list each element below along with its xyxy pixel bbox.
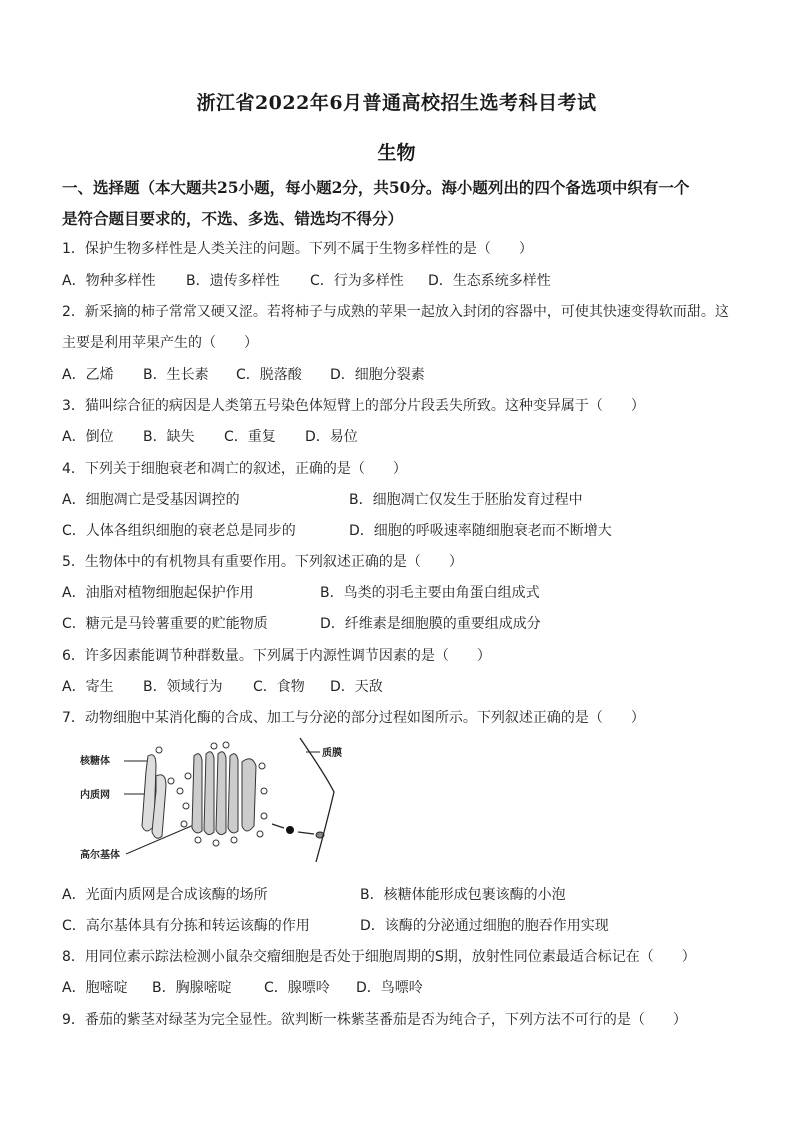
golgi-secretion-diagram: 核糖体 内质网 高尔基体 质膜 <box>76 736 366 864</box>
q2-option-b: B．生长素 <box>143 364 209 384</box>
q2-option-a: A．乙烯 <box>62 364 114 384</box>
section-heading-line-1: 一、选择题（本大题共25小题，每小题2分，共50分。海小题列出的四个备选项中织有… <box>62 172 742 203</box>
q5-option-c: C．糖元是马铃薯重要的贮能物质 <box>62 613 268 633</box>
q1-option-b: B．遗传多样性 <box>186 270 280 290</box>
q6-option-a: A．寄生 <box>62 676 114 696</box>
question-4-stem: 4．下列关于细胞衰老和凋亡的叙述，正确的是（ ） <box>62 458 407 478</box>
q7-option-d: D．该酶的分泌通过细胞的胞吞作用实现 <box>360 915 609 935</box>
question-2-stem-line-2: 主要是利用苹果产生的（ ） <box>62 332 258 352</box>
q3-option-a: A．倒位 <box>62 426 114 446</box>
question-1-stem: 1．保护生物多样性是人类关注的问题。下列不属于生物多样性的是（ ） <box>62 238 533 258</box>
q7-option-c: C．高尔基体具有分拣和转运该酶的作用 <box>62 915 310 935</box>
question-6-stem: 6．许多因素能调节种群数量。下列属于内源性调节因素的是（ ） <box>62 645 491 665</box>
q8-option-b: B．胸腺嘧啶 <box>152 977 232 997</box>
q1-option-a: A．物种多样性 <box>62 270 156 290</box>
q2-option-c: C．脱落酸 <box>236 364 302 384</box>
question-5-stem: 5．生物体中的有机物具有重要作用。下列叙述正确的是（ ） <box>62 551 463 571</box>
label-golgi: 高尔基体 <box>80 848 120 861</box>
label-plasma-membrane: 质膜 <box>322 746 342 759</box>
subject-title: 生物 <box>0 138 793 165</box>
section-heading-line-2: 是符合题目要求的，不选、多选、错选均不得分） <box>62 203 742 234</box>
section-heading: 一、选择题（本大题共25小题，每小题2分，共50分。海小题列出的四个备选项中织有… <box>62 172 742 234</box>
q4-option-a: A．细胞凋亡是受基因调控的 <box>62 489 240 509</box>
q6-option-c: C．食物 <box>253 676 305 696</box>
q7-option-a: A．光面内质网是合成该酶的场所 <box>62 884 268 904</box>
q8-option-a: A．胞嘧啶 <box>62 977 128 997</box>
q1-option-d: D．生态系统多样性 <box>428 270 551 290</box>
q5-option-b: B．鸟类的羽毛主要由角蛋白组成式 <box>320 582 540 602</box>
q4-option-b: B．细胞凋亡仅发生于胚胎发育过程中 <box>349 489 583 509</box>
q4-option-d: D．细胞的呼吸速率随细胞衰老而不断增大 <box>349 520 612 540</box>
q5-option-d: D．纤维素是细胞膜的重要组成成分 <box>320 613 541 633</box>
q5-option-a: A．油脂对植物细胞起保护作用 <box>62 582 254 602</box>
label-er: 内质网 <box>80 788 110 801</box>
q3-option-c: C．重复 <box>224 426 276 446</box>
q6-option-b: B．领域行为 <box>143 676 223 696</box>
q4-option-c: C．人体各组织细胞的衰老总是同步的 <box>62 520 296 540</box>
question-9-stem: 9．番茄的紫茎对绿茎为完全显性。欲判断一株紫茎番茄是否为纯合子，下列方法不可行的… <box>62 1009 687 1029</box>
q6-option-d: D．天敌 <box>330 676 383 696</box>
q2-option-d: D．细胞分裂素 <box>330 364 425 384</box>
question-8-stem: 8．用同位素示踪法检测小鼠杂交瘤细胞是否处于细胞周期的S期，放射性同位素最适合标… <box>62 946 696 966</box>
question-2-stem-line-1: 2．新采摘的柿子常常又硬又涩。若将柿子与成熟的苹果一起放入封闭的容器中，可使其快… <box>62 301 729 321</box>
label-ribosome: 核糖体 <box>79 754 110 767</box>
q1-option-c: C．行为多样性 <box>310 270 404 290</box>
q8-option-c: C．腺嘌呤 <box>264 977 330 997</box>
q3-option-b: B．缺失 <box>143 426 195 446</box>
q8-option-d: D．鸟嘌呤 <box>356 977 423 997</box>
q7-option-b: B．核糖体能形成包裹该酶的小泡 <box>360 884 566 904</box>
q3-option-d: D．易位 <box>305 426 358 446</box>
exam-title: 浙江省2022年6月普通高校招生选考科目考试 <box>0 88 793 115</box>
question-3-stem: 3．猫叫综合征的病因是人类第五号染色体短臂上的部分片段丢失所致。这种变异属于（ … <box>62 395 645 415</box>
question-7-stem: 7．动物细胞中某消化酶的合成、加工与分泌的部分过程如图所示。下列叙述正确的是（ … <box>62 707 645 727</box>
